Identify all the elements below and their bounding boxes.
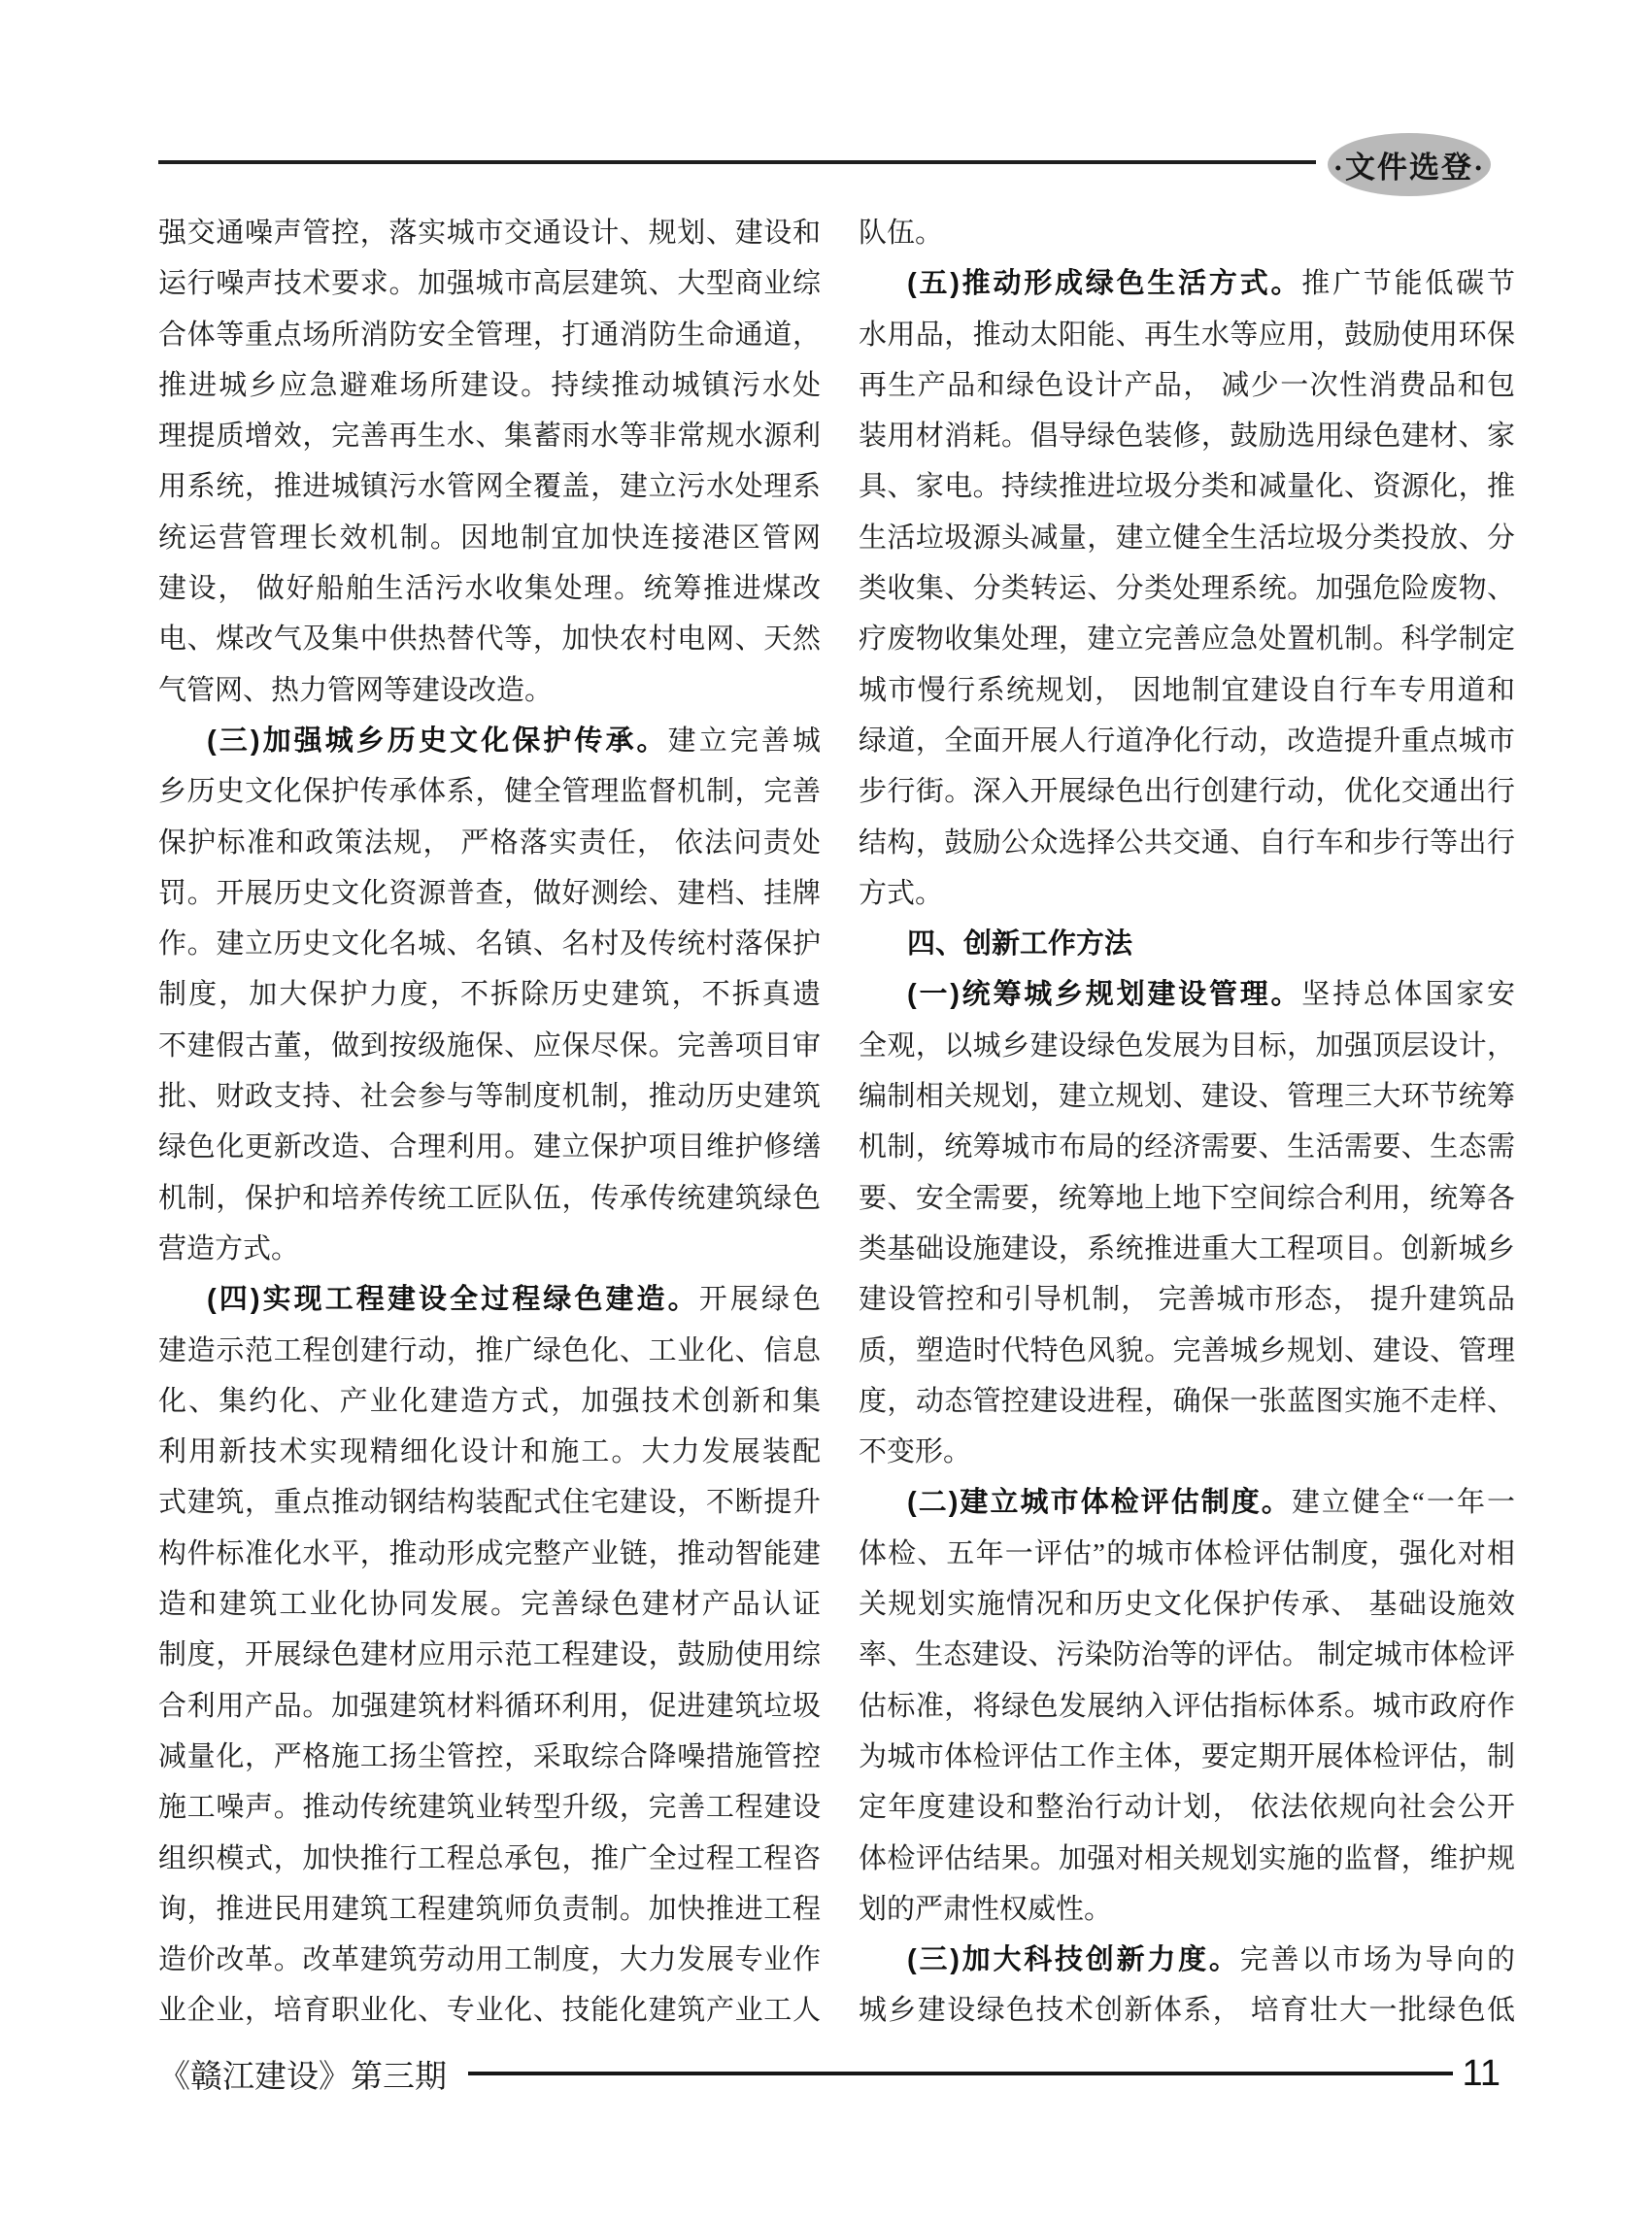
text-line: 用系统，推进城镇污水管网全覆盖，建立污水处理系 (158, 461, 821, 512)
text-line: 率、生态建设、污染防治等的评估。 制定城市体检评 (859, 1630, 1515, 1680)
issue-badge-label: ·文件选登· (1333, 143, 1486, 186)
text-line: 步行街。深入开展绿色出行创建行动，优化交通出行 (859, 766, 1515, 817)
text-line: 机制，统筹城市布局的经济需要、生活需要、生态需 (859, 1122, 1515, 1172)
text-line: 业企业，培育职业化、专业化、技能化建筑产业工人 (158, 1985, 821, 2036)
text-line: 推进城乡应急避难场所建设。持续推动城镇污水处 (158, 360, 821, 411)
text-line: 编制相关规划，建立规划、建设、管理三大环节统筹 (859, 1071, 1515, 1122)
text-line: 作。建立历史文化名城、名镇、名村及传统村落保护 (158, 919, 821, 969)
text-line: (一)统筹城乡规划建设管理。坚持总体国家安 (859, 969, 1515, 1020)
section-heading: 四、创新工作方法 (859, 919, 1515, 969)
text-line: 度，动态管控建设进程，确保一张蓝图实施不走样、 (859, 1376, 1515, 1427)
issue-badge: ·文件选登· (1328, 133, 1491, 196)
column-left: 强交通噪声管控，落实城市交通设计、规划、建设和运行噪声技术要求。加强城市高层建筑… (158, 208, 821, 2037)
text-line: 估标准，将绿色发展纳入评估指标体系。城市政府作 (859, 1681, 1515, 1732)
text-line: 式建筑，重点推动钢结构装配式住宅建设，不断提升 (158, 1477, 821, 1528)
text-line: 水用品，推动太阳能、再生水等应用，鼓励使用环保 (859, 310, 1515, 360)
page-number: 11 (1463, 2053, 1500, 2095)
text-line: 划的严肃性权威性。 (859, 1884, 1515, 1935)
text-line: 理提质增效，完善再生水、集蓄雨水等非常规水源利 (158, 411, 821, 461)
text-line: 构件标准化水平，推动形成完整产业链，推动智能建 (158, 1529, 821, 1579)
text-line: 强交通噪声管控，落实城市交通设计、规划、建设和 (158, 208, 821, 258)
text-line: 制度，开展绿色建材应用示范工程建设，鼓励使用综 (158, 1630, 821, 1680)
text-line: 制度，加大保护力度，不拆除历史建筑，不拆真遗存， (158, 969, 821, 1020)
text-line: 绿道，全面开展人行道净化行动，改造提升重点城市 (859, 716, 1515, 766)
text-line: 定年度建设和整治行动计划， 依法依规向社会公开 (859, 1782, 1515, 1833)
text-line: 罚。开展历史文化资源普查，做好测绘、建档、挂牌工 (158, 868, 821, 919)
text-line: 统运营管理长效机制。因地制宜加快连接港区管网 (158, 513, 821, 563)
text-line: (二)建立城市体检评估制度。建立健全“一年一 (859, 1477, 1515, 1528)
text-line: 队伍。 (859, 208, 1515, 258)
text-line: 建设， 做好船舶生活污水收集处理。统筹推进煤改 (158, 563, 821, 614)
text-line: 运行噪声技术要求。加强城市高层建筑、大型商业综 (158, 258, 821, 309)
text-line: 化、集约化、产业化建造方式，加强技术创新和集成， (158, 1376, 821, 1427)
text-line: 合利用产品。加强建筑材料循环利用，促进建筑垃圾 (158, 1681, 821, 1732)
text-line: (四)实现工程建设全过程绿色建造。开展绿色 (158, 1274, 821, 1325)
text-line: 建设管控和引导机制， 完善城市形态， 提升建筑品 (859, 1274, 1515, 1325)
text-line: 施工噪声。推动传统建筑业转型升级，完善工程建设 (158, 1782, 821, 1833)
text-line: 建造示范工程创建行动，推广绿色化、工业化、信息 (158, 1326, 821, 1376)
text-line: 保护标准和政策法规， 严格落实责任， 依法问责处 (158, 818, 821, 868)
text-line: 要、安全需要，统筹地上地下空间综合利用，统筹各 (859, 1173, 1515, 1224)
text-line: 不建假古董，做到按级施保、应保尽保。完善项目审 (158, 1021, 821, 1071)
text-line: 疗废物收集处理，建立完善应急处置机制。科学制定 (859, 614, 1515, 664)
journal-title: 《赣江建设》第三期 (158, 2051, 447, 2097)
text-line: 造价改革。改革建筑劳动用工制度，大力发展专业作 (158, 1935, 821, 1985)
text-line: 体检、五年一评估”的城市体检评估制度，强化对相 (859, 1529, 1515, 1579)
text-line: 批、财政支持、社会参与等制度机制，推动历史建筑 (158, 1071, 821, 1122)
text-line: 造和建筑工业化协同发展。完善绿色建材产品认证 (158, 1579, 821, 1630)
paragraph-lead: (二)建立城市体检评估制度。 (907, 1487, 1292, 1518)
text-line: 具、家电。持续推进垃圾分类和减量化、资源化，推动 (859, 461, 1515, 512)
footer-rule (468, 2072, 1453, 2075)
text-line: 方式。 (859, 868, 1515, 919)
text-line: 关规划实施情况和历史文化保护传承、 基础设施效 (859, 1579, 1515, 1630)
paragraph-lead: (三)加强城乡历史文化保护传承。 (207, 725, 668, 757)
text-line: 机制，保护和培养传统工匠队伍，传承传统建筑绿色 (158, 1173, 821, 1224)
paragraph-lead: (五)推动形成绿色生活方式。 (907, 268, 1301, 299)
text-line: 为城市体检评估工作主体，要定期开展体检评估，制 (859, 1732, 1515, 1782)
text-line: 电、煤改气及集中供热替代等，加快农村电网、天然 (158, 614, 821, 664)
text-line: 气管网、热力管网等建设改造。 (158, 665, 821, 716)
text-line: 减量化，严格施工扬尘管控，采取综合降噪措施管控 (158, 1732, 821, 1782)
page-footer: 《赣江建设》第三期 11 (158, 2046, 1500, 2101)
document-page: ·文件选登· 强交通噪声管控，落实城市交通设计、规划、建设和运行噪声技术要求。加… (0, 0, 1652, 2225)
text-line: (三)加大科技创新力度。完善以市场为导向的 (859, 1935, 1515, 1985)
text-line: 类基础设施建设，系统推进重大工程项目。创新城乡 (859, 1224, 1515, 1274)
text-line: 结构，鼓励公众选择公共交通、自行车和步行等出行 (859, 818, 1515, 868)
paragraph-lead: (一)统筹城乡规划建设管理。 (907, 979, 1301, 1010)
text-line: 装用材消耗。倡导绿色装修，鼓励选用绿色建材、家 (859, 411, 1515, 461)
text-line: 城乡建设绿色技术创新体系， 培育壮大一批绿色低 (859, 1985, 1515, 2036)
text-line: 询，推进民用建筑工程建筑师负责制。加快推进工程 (158, 1884, 821, 1935)
text-line: 体检评估结果。加强对相关规划实施的监督，维护规 (859, 1834, 1515, 1884)
text-line: 组织模式，加快推行工程总承包，推广全过程工程咨 (158, 1834, 821, 1884)
text-line: 再生产品和绿色设计产品， 减少一次性消费品和包 (859, 360, 1515, 411)
text-line: 营造方式。 (158, 1224, 821, 1274)
text-line: 类收集、分类转运、分类处理系统。加强危险废物、医 (859, 563, 1515, 614)
text-line: (三)加强城乡历史文化保护传承。建立完善城 (158, 716, 821, 766)
text-line: 生活垃圾源头减量，建立健全生活垃圾分类投放、分 (859, 513, 1515, 563)
text-line: 不变形。 (859, 1427, 1515, 1477)
text-line: 合体等重点场所消防安全管理，打通消防生命通道， (158, 310, 821, 360)
text-line: 全观，以城乡建设绿色发展为目标，加强顶层设计， (859, 1021, 1515, 1071)
text-line: 乡历史文化保护传承体系，健全管理监督机制，完善 (158, 766, 821, 817)
text-line: 利用新技术实现精细化设计和施工。大力发展装配 (158, 1427, 821, 1477)
paragraph-lead: (三)加大科技创新力度。 (907, 1944, 1240, 1975)
paragraph-lead: (四)实现工程建设全过程绿色建造。 (207, 1284, 699, 1315)
text-line: 城市慢行系统规划， 因地制宜建设自行车专用道和 (859, 665, 1515, 716)
column-right: 队伍。(五)推动形成绿色生活方式。推广节能低碳节水用品，推动太阳能、再生水等应用… (859, 208, 1515, 2037)
header-rule (158, 160, 1316, 164)
text-line: 质，塑造时代特色风貌。完善城乡规划、建设、管理制 (859, 1326, 1515, 1376)
text-line: (五)推动形成绿色生活方式。推广节能低碳节 (859, 258, 1515, 309)
text-line: 绿色化更新改造、合理利用。建立保护项目维护修缮 (158, 1122, 821, 1172)
